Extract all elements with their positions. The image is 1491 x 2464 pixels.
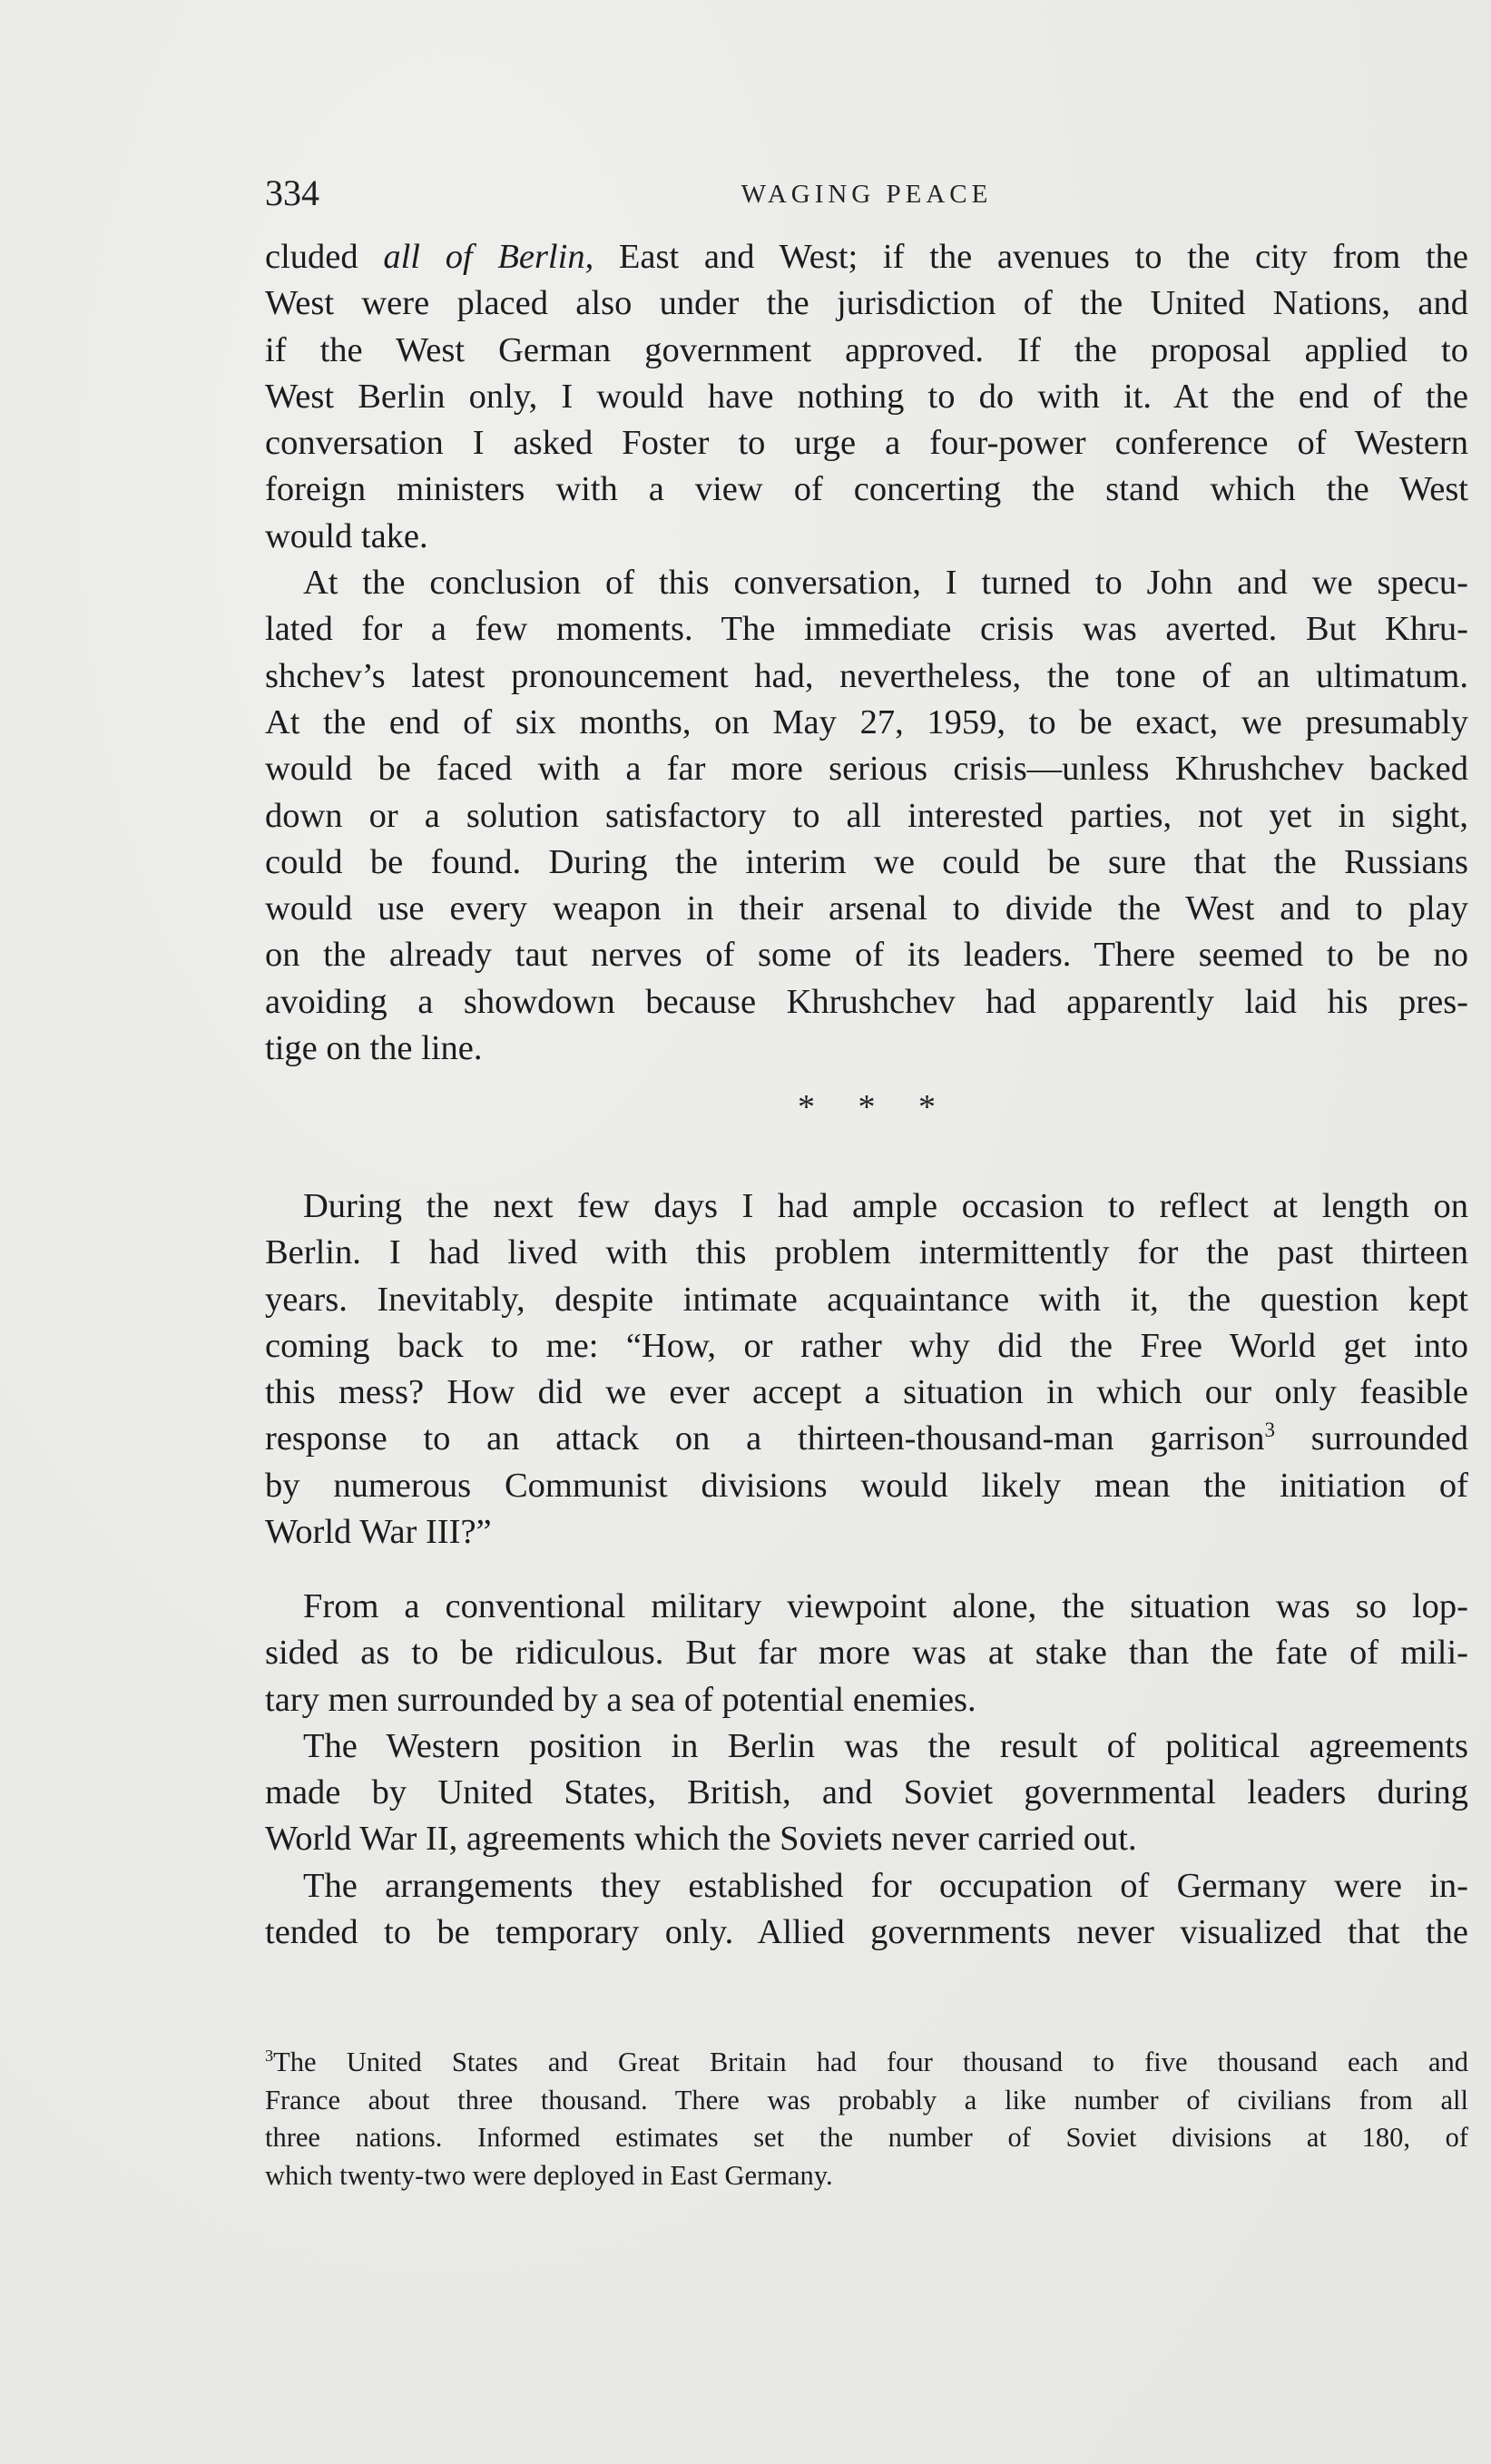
paragraph: From a conventional military viewpoint a… xyxy=(265,1584,1468,1723)
section-2: During the next few days I had ample occ… xyxy=(265,1183,1468,1556)
text-line: shchev’s latest pronouncement had, never… xyxy=(265,653,1468,700)
text-line: tary men surrounded by a sea of potentia… xyxy=(265,1677,1468,1723)
text-line: if the West German government approved. … xyxy=(265,328,1468,374)
text-line: down or a solution satisfactory to all i… xyxy=(265,793,1468,839)
text-line: conversation I asked Foster to urge a fo… xyxy=(265,420,1468,466)
text-line: on the already taut nerves of some of it… xyxy=(265,932,1468,978)
text-line: World War II, agreements which the Sovie… xyxy=(265,1816,1468,1862)
footnote: 3The United States and Great Britain had… xyxy=(265,2044,1468,2194)
text-line: From a conventional military viewpoint a… xyxy=(265,1584,1468,1630)
section-1: cluded all of Berlin, East and West; if … xyxy=(265,234,1468,1072)
text-line: by numerous Communist divisions would li… xyxy=(265,1463,1468,1509)
text-line: would be faced with a far more serious c… xyxy=(265,746,1468,792)
paragraph: At the conclusion of this conversation, … xyxy=(265,560,1468,1072)
footnote-marker: 3 xyxy=(265,2047,273,2065)
text-line: coming back to me: “How, or rather why d… xyxy=(265,1323,1468,1369)
section-2-continued: From a conventional military viewpoint a… xyxy=(265,1584,1468,1956)
section-break-asterisks: * * * xyxy=(265,1085,1468,1130)
text-line: West Berlin only, I would have nothing t… xyxy=(265,374,1468,420)
footnote-line: which twenty-two were deployed in East G… xyxy=(265,2157,1468,2195)
footnote-line: three nations. Informed estimates set th… xyxy=(265,2119,1468,2157)
text-line: tended to be temporary only. Allied gove… xyxy=(265,1909,1468,1956)
text-line: would use every weapon in their arsenal … xyxy=(265,886,1468,932)
text-line: could be found. During the interim we co… xyxy=(265,839,1468,886)
text-line: foreign ministers with a view of concert… xyxy=(265,466,1468,513)
footnote-reference[interactable]: 3 xyxy=(1264,1419,1275,1442)
text-line: response to an attack on a thirteen-thou… xyxy=(265,1416,1468,1462)
text-line: lated for a few moments. The immediate c… xyxy=(265,606,1468,653)
running-head: WAGING PEACE xyxy=(265,174,1468,214)
paragraph: The Western position in Berlin was the r… xyxy=(265,1723,1468,1863)
italic-text: all of Berlin, xyxy=(383,238,593,276)
paragraph: cluded all of Berlin, East and West; if … xyxy=(265,234,1468,560)
page-header: 334 WAGING PEACE xyxy=(265,171,1468,216)
text-line: West were placed also under the jurisdic… xyxy=(265,280,1468,327)
book-page: 334 WAGING PEACE cluded all of Berlin, E… xyxy=(0,0,1491,2464)
paragraph: The arrangements they established for oc… xyxy=(265,1863,1468,1957)
text-line: During the next few days I had ample occ… xyxy=(265,1183,1468,1230)
text-line: this mess? How did we ever accept a situ… xyxy=(265,1369,1468,1416)
footnote-line: 3The United States and Great Britain had… xyxy=(265,2044,1468,2082)
text-line: tige on the line. xyxy=(265,1026,1468,1072)
text-line: At the conclusion of this conversation, … xyxy=(265,560,1468,606)
text-line: The arrangements they established for oc… xyxy=(265,1863,1468,1909)
text-line: years. Inevitably, despite intimate acqu… xyxy=(265,1277,1468,1323)
text-line: Berlin. I had lived with this problem in… xyxy=(265,1230,1468,1276)
text-line: World War III?” xyxy=(265,1509,1468,1556)
text-line: would take. xyxy=(265,514,1468,560)
paragraph: During the next few days I had ample occ… xyxy=(265,1183,1468,1556)
footnote-line: France about three thousand. There was p… xyxy=(265,2082,1468,2120)
text-line: sided as to be ridiculous. But far more … xyxy=(265,1630,1468,1676)
text-line: made by United States, British, and Sovi… xyxy=(265,1770,1468,1816)
text-line: At the end of six months, on May 27, 195… xyxy=(265,700,1468,746)
text-line: cluded all of Berlin, East and West; if … xyxy=(265,234,1468,280)
text-line: The Western position in Berlin was the r… xyxy=(265,1723,1468,1770)
text-line: avoiding a showdown because Khrushchev h… xyxy=(265,979,1468,1026)
